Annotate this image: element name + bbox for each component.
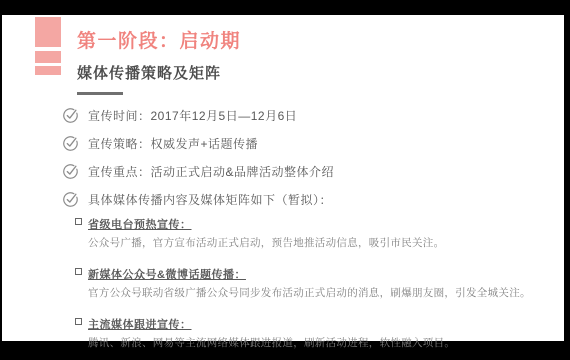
square-bullet-icon xyxy=(75,218,82,225)
checklist-item: 宣传重点：活动正式启动&品牌活动整体介绍 xyxy=(62,163,334,180)
section-body: 公众号广播，官方宣布活动正式启动，预告地推活动信息，吸引市民关注。 xyxy=(88,235,531,250)
section-heading: 主流媒体跟进宣传： xyxy=(88,316,192,332)
checklist-item-text: 宣传重点：活动正式启动&品牌活动整体介绍 xyxy=(88,163,334,180)
pink-block-medium xyxy=(35,51,61,63)
pink-block-small xyxy=(35,66,61,75)
media-section: 主流媒体跟进宣传： 腾讯、新浪、网易等主流网络媒体跟进报道，刷新活动进程，软性融… xyxy=(75,316,531,350)
checklist-item-text: 宣传策略：权威发声+话题传播 xyxy=(88,135,258,152)
presentation-slide: 第一阶段：启动期 媒体传播策略及矩阵 宣传时间：2017年12月5日—12月6日… xyxy=(2,15,564,341)
pink-blocks-decoration xyxy=(35,17,61,75)
checklist-item: 具体媒体传播内容及媒体矩阵如下（暂拟）： xyxy=(62,191,334,208)
slide-subtitle: 媒体传播策略及矩阵 xyxy=(77,62,241,83)
checklist-item: 宣传时间：2017年12月5日—12月6日 xyxy=(62,107,334,124)
check-circle-icon xyxy=(62,135,79,152)
slide-header: 第一阶段：启动期 媒体传播策略及矩阵 xyxy=(77,31,241,95)
pink-block-large xyxy=(35,17,61,47)
checklist-item: 宣传策略：权威发声+话题传播 xyxy=(62,135,334,152)
section-heading: 新媒体公众号&微博话题传播： xyxy=(88,266,246,282)
check-circle-icon xyxy=(62,163,79,180)
section-heading-row: 省级电台预热宣传： xyxy=(75,216,531,232)
check-circle-icon xyxy=(62,191,79,208)
media-section: 省级电台预热宣传： 公众号广播，官方宣布活动正式启动，预告地推活动信息，吸引市民… xyxy=(75,216,531,250)
section-heading-row: 主流媒体跟进宣传： xyxy=(75,316,531,332)
section-heading: 省级电台预热宣传： xyxy=(88,216,192,232)
square-bullet-icon xyxy=(75,268,82,275)
checklist: 宣传时间：2017年12月5日—12月6日 宣传策略：权威发声+话题传播 宣传重… xyxy=(62,107,334,219)
slide-title: 第一阶段：启动期 xyxy=(77,31,241,54)
media-section: 新媒体公众号&微博话题传播： 官方公众号联动省级广播公众号同步发布活动正式启动的… xyxy=(75,266,531,300)
checklist-item-text: 具体媒体传播内容及媒体矩阵如下（暂拟）： xyxy=(88,191,332,208)
section-body: 官方公众号联动省级广播公众号同步发布活动正式启动的消息，刷爆朋友圈，引发全城关注… xyxy=(88,285,531,300)
section-heading-row: 新媒体公众号&微博话题传播： xyxy=(75,266,531,282)
media-sections: 省级电台预热宣传： 公众号广播，官方宣布活动正式启动，预告地推活动信息，吸引市民… xyxy=(75,216,531,360)
subtitle-divider xyxy=(77,92,123,95)
square-bullet-icon xyxy=(75,318,82,325)
check-circle-icon xyxy=(62,107,79,124)
section-body: 腾讯、新浪、网易等主流网络媒体跟进报道，刷新活动进程，软性融入项目。 xyxy=(88,335,531,350)
checklist-item-text: 宣传时间：2017年12月5日—12月6日 xyxy=(88,107,297,124)
